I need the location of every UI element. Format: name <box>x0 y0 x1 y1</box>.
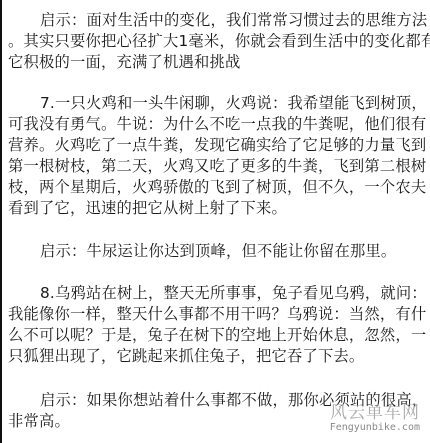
text-line: 我能像你一样，整天什么事都不用干吗？乌鸦说：当然，有什 <box>8 304 418 325</box>
text-line: 第一根树枝，第二天，火鸡又吃了更多的牛粪，飞到第二根树 <box>8 156 418 177</box>
text-line: 只狐狸出现了，它跳起来抓住兔子，把它吞了下去。 <box>8 346 418 367</box>
watermark-english: Fengyunbike.com <box>330 422 420 434</box>
text-line: 它积极的一面，充满了机遇和挑战 <box>8 52 418 73</box>
left-border <box>0 0 2 443</box>
text-line: 营养。火鸡吃了一点牛粪，发现它确实给了它足够的力量飞到 <box>8 135 418 156</box>
text-line: 么不可以呢？于是，兔子在树下的空地上开始休息，忽然，一 <box>8 325 418 346</box>
story-paragraph-8: 8.乌鸦站在树上，整天无所事事，兔子看见乌鸦，就问： 我能像你一样，整天什么事都… <box>8 283 418 367</box>
watermark-chinese: 风云单车网 <box>330 404 420 422</box>
insight-paragraph-7: 启示：牛尿运让你达到顶峰，但不能让你留在那里。 <box>8 241 418 262</box>
text-line: 枝，两个星期后，火鸡骄傲的飞到了树顶，但不久，一个农夫 <box>8 177 418 198</box>
text-line: 7.一只火鸡和一头牛闲聊，火鸡说：我希望能飞到树顶， <box>8 93 418 114</box>
site-watermark: 风云单车网 Fengyunbike.com <box>330 404 420 434</box>
text-line: 看到了它，迅速的把它从树上射了下来。 <box>8 198 418 219</box>
text-line: 启示：面对生活中的变化，我们常常习惯过去的思维方法 <box>8 10 418 31</box>
text-line: 8.乌鸦站在树上，整天无所事事，兔子看见乌鸦，就问： <box>8 283 418 304</box>
text-line: 启示：牛尿运让你达到顶峰，但不能让你留在那里。 <box>8 241 418 262</box>
insight-paragraph-6: 启示：面对生活中的变化，我们常常习惯过去的思维方法 。其实只要你把心径扩大1毫米… <box>8 10 418 73</box>
text-line: 可我没有勇气。牛说：为什么不吃一点我的牛粪呢，他们很有 <box>8 114 418 135</box>
text-line: 。其实只要你把心径扩大1毫米，你就会看到生活中的变化都有 <box>8 31 418 52</box>
story-paragraph-7: 7.一只火鸡和一头牛闲聊，火鸡说：我希望能飞到树顶， 可我没有勇气。牛说：为什么… <box>8 93 418 219</box>
